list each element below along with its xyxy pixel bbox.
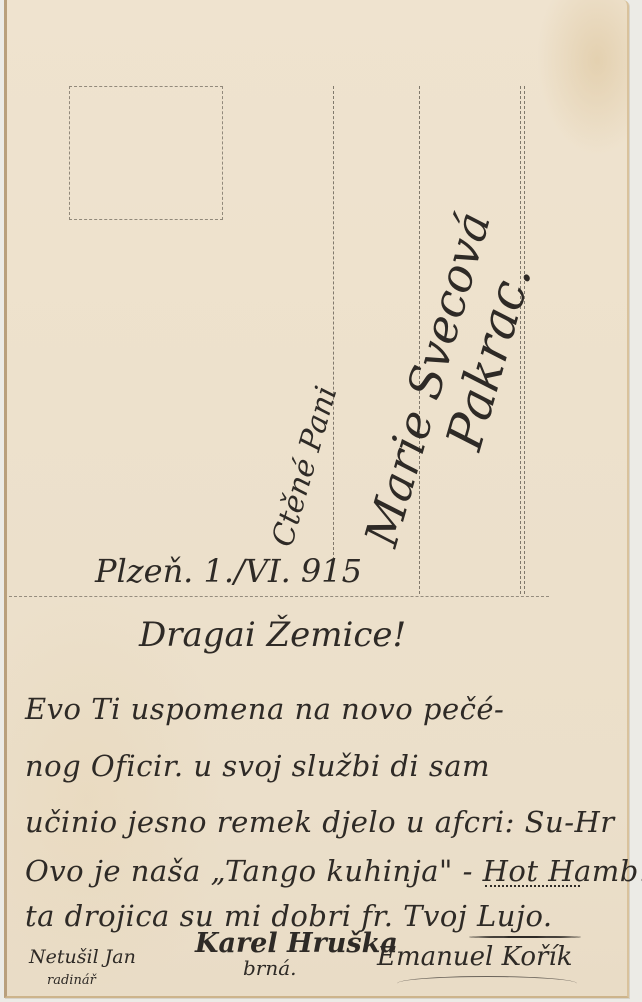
address-divider-line (333, 86, 334, 560)
greeting: Dragai Žemice! (139, 618, 406, 652)
address-line-2-double (524, 86, 525, 594)
signature-underline (469, 936, 581, 938)
date-line: Plzeň. 1./VI. 915 (95, 555, 362, 587)
address-salutation: Ctěné Pani (268, 383, 342, 550)
message-line: učinio jesno remek djelo u afcri: Su-Hr (25, 808, 615, 837)
signature-netusil: Netušil Jan (29, 948, 136, 967)
message-line: ta drojica su mi dobri fr. Tvoj Lujo. (25, 902, 553, 931)
hot-hamb-underline (485, 882, 580, 887)
signature-flourish (397, 976, 577, 991)
message-line: Evo Ti uspomena na novo pečé- (25, 695, 504, 724)
signature-netusil-role: radinář (47, 974, 96, 987)
postcard-reverse: Ctěné Pani Marie Svecová Pakrac. Plzeň. … (4, 0, 629, 998)
stamp-placeholder-box (69, 86, 223, 220)
signature-emanuel: Emanuel Kořík (377, 944, 572, 970)
message-divider-line (9, 596, 549, 597)
message-line: nog Oficir. u svoj službi di sam (25, 752, 490, 781)
signature-karel-role: brná. (243, 958, 297, 978)
signature-karel: Karel Hruška (195, 930, 398, 957)
